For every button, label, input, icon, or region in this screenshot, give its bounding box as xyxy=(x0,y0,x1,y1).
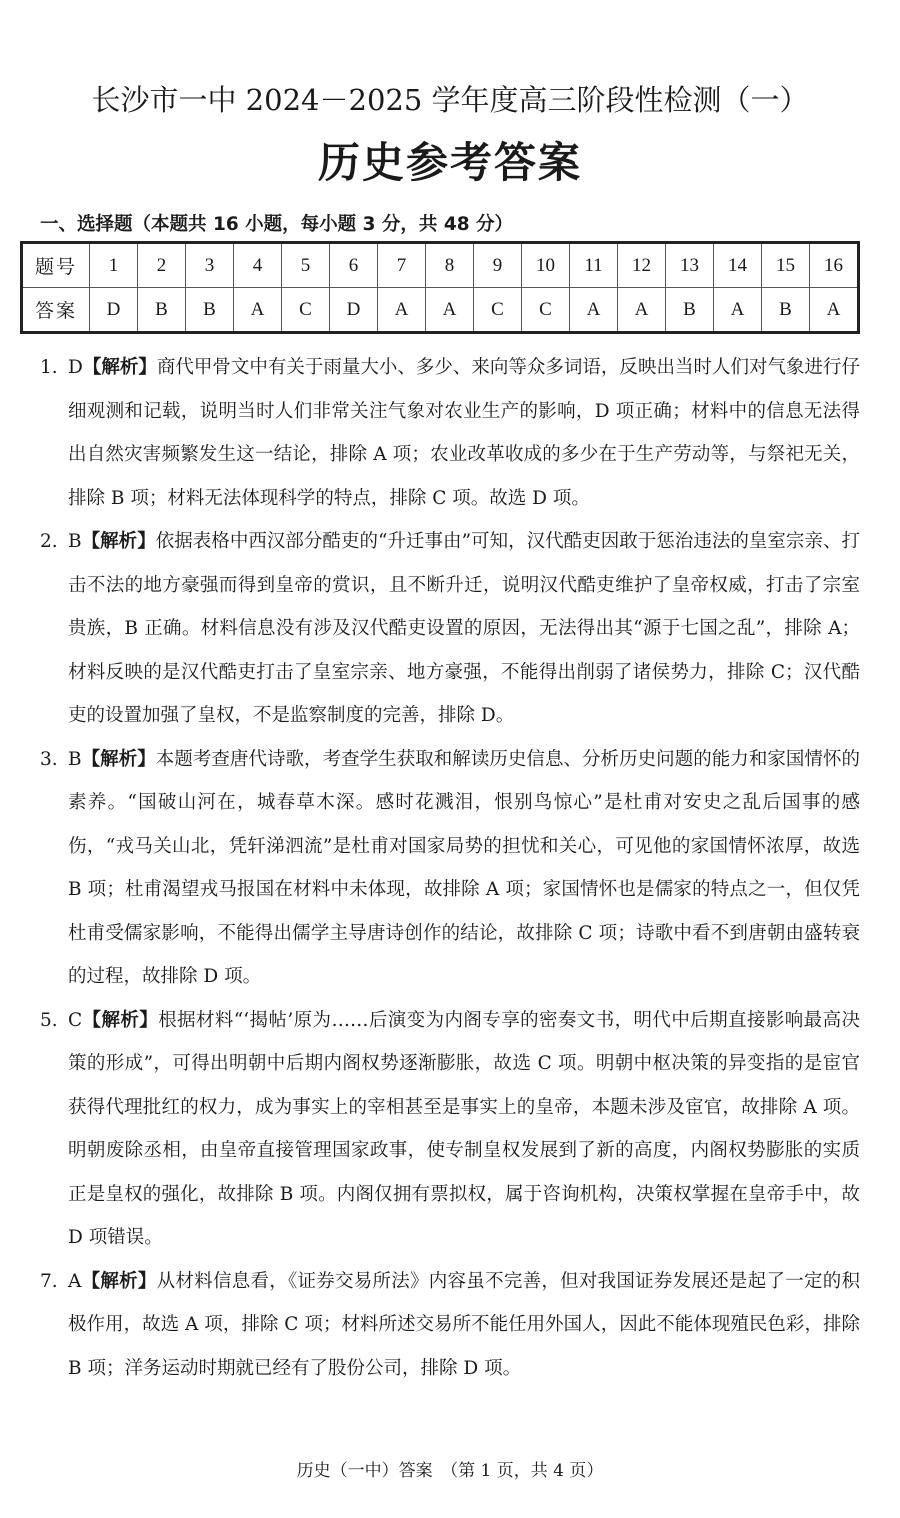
analysis-tag: 【解析】 xyxy=(81,1271,156,1292)
answer-cell: D xyxy=(90,288,138,333)
answer-cell: A xyxy=(234,288,282,333)
answer-cell: C xyxy=(282,288,330,333)
answer-cell: A xyxy=(810,288,859,333)
document-subtitle: 历史参考答案 xyxy=(0,130,900,190)
answer-cell: A xyxy=(426,288,474,333)
explanation-item: 1.D【解析】商代甲骨文中有关于雨量大小、多少、来向等众多词语，反映出当时人们对… xyxy=(40,346,860,520)
answer-row: 答案 DBBACDAACCAABABA xyxy=(22,288,859,333)
question-number-cell: 2 xyxy=(138,243,186,288)
question-number-cell: 14 xyxy=(714,243,762,288)
answer-cell: D xyxy=(330,288,378,333)
question-number-cell: 1 xyxy=(90,243,138,288)
question-number-cell: 5 xyxy=(282,243,330,288)
answer-cell: C xyxy=(474,288,522,333)
answer-letter: B xyxy=(68,531,82,552)
explanation-item: 2.B【解析】依据表格中西汉部分酷吏的“升迁事由”可知，汉代酷吏因敢于惩治违法的… xyxy=(40,520,860,738)
question-number-row: 题号 12345678910111213141516 xyxy=(22,243,859,288)
question-number-cell: 8 xyxy=(426,243,474,288)
answer-cell: A xyxy=(378,288,426,333)
explanation-text: 依据表格中西汉部分酷吏的“升迁事由”可知，汉代酷吏因敢于惩治违法的皇室宗亲、打击… xyxy=(68,531,860,726)
question-number: 5. xyxy=(40,999,68,1043)
exam-title: 长沙市一中 2024－2025 学年度高三阶段性检测（一） xyxy=(0,78,900,119)
explanation-text: 根据材料“‘揭帖’原为……后演变为内阁专享的密奏文书，明代中后期直接影响最高决策… xyxy=(68,1010,860,1249)
answer-cell: C xyxy=(522,288,570,333)
question-number: 7. xyxy=(40,1260,68,1304)
question-number: 3. xyxy=(40,738,68,782)
explanation-text: 从材料信息看，《证券交易所法》内容虽不完善，但对我国证券发展还是起了一定的积极作… xyxy=(68,1271,860,1379)
answer-cell: B xyxy=(186,288,234,333)
answer-cell: A xyxy=(570,288,618,333)
answer-letter: B xyxy=(68,749,82,770)
answer-cell: B xyxy=(762,288,810,333)
page-footer: 历史（一中）答案 （第 1 页，共 4 页） xyxy=(0,1456,900,1481)
explanations-list: 1.D【解析】商代甲骨文中有关于雨量大小、多少、来向等众多词语，反映出当时人们对… xyxy=(40,346,860,1390)
answer-cell: A xyxy=(714,288,762,333)
question-number-cell: 15 xyxy=(762,243,810,288)
explanation-item: 5.C【解析】根据材料“‘揭帖’原为……后演变为内阁专享的密奏文书，明代中后期直… xyxy=(40,999,860,1260)
analysis-tag: 【解析】 xyxy=(82,531,156,552)
answer-letter: C xyxy=(68,1010,82,1031)
question-number: 1. xyxy=(40,346,68,390)
answer-cell: B xyxy=(666,288,714,333)
explanation-item: 7.A【解析】从材料信息看，《证券交易所法》内容虽不完善，但对我国证券发展还是起… xyxy=(40,1260,860,1391)
question-number-cell: 7 xyxy=(378,243,426,288)
answer-letter: D xyxy=(68,357,83,378)
question-number-cell: 6 xyxy=(330,243,378,288)
row-label-answer: 答案 xyxy=(22,288,90,333)
analysis-tag: 【解析】 xyxy=(83,357,157,378)
question-number: 2. xyxy=(40,520,68,564)
row-label-number: 题号 xyxy=(22,243,90,288)
question-number-cell: 13 xyxy=(666,243,714,288)
question-number-cell: 4 xyxy=(234,243,282,288)
analysis-tag: 【解析】 xyxy=(82,1010,158,1031)
answer-cell: A xyxy=(618,288,666,333)
question-number-cell: 11 xyxy=(570,243,618,288)
question-number-cell: 12 xyxy=(618,243,666,288)
explanation-text: 本题考查唐代诗歌，考查学生获取和解读历史信息、分析历史问题的能力和家国情怀的素养… xyxy=(68,749,860,988)
explanation-item: 3.B【解析】本题考查唐代诗歌，考查学生获取和解读历史信息、分析历史问题的能力和… xyxy=(40,738,860,999)
question-number-cell: 10 xyxy=(522,243,570,288)
explanation-text: 商代甲骨文中有关于雨量大小、多少、来向等众多词语，反映出当时人们对气象进行仔细观… xyxy=(68,357,860,509)
answer-letter: A xyxy=(68,1271,81,1292)
analysis-tag: 【解析】 xyxy=(82,749,156,770)
question-number-cell: 9 xyxy=(474,243,522,288)
question-number-cell: 3 xyxy=(186,243,234,288)
question-number-cell: 16 xyxy=(810,243,859,288)
answer-table: 题号 12345678910111213141516 答案 DBBACDAACC… xyxy=(20,241,860,334)
answer-cell: B xyxy=(138,288,186,333)
section-heading: 一、选择题（本题共 16 小题，每小题 3 分，共 48 分） xyxy=(40,210,513,236)
